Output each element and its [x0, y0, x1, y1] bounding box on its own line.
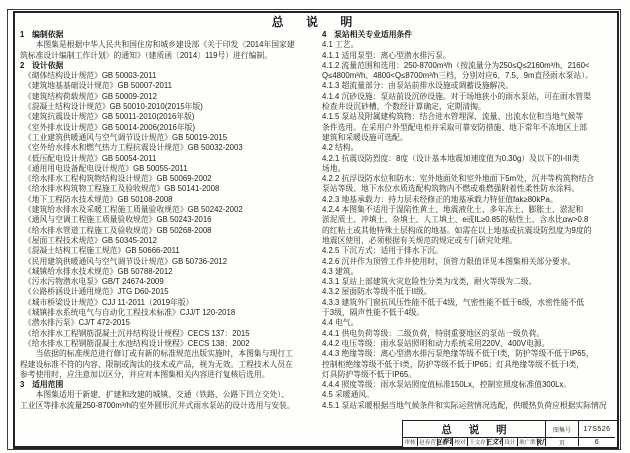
text-line: 《混凝土结构工程施工规范》GB 50666-2011 [20, 246, 312, 256]
signature-name: 耿广胜 [517, 438, 537, 446]
text-line: 《室外排水设计规范》GB 50014-2006(2016年版) [20, 123, 312, 133]
text-line: 《民用建筑供暖通风与空气调节设计规范》GB 50736-2012 [20, 257, 312, 267]
text-line: 《室外给水排水和燃气热力工程抗震设计规范》GB 50032-2003 [20, 143, 312, 153]
text-line: 参考使用时，应注意加以区分，并应对本图集相关内容进行复核后选用。 [20, 370, 312, 380]
text-line: 《屋面工程技术规范》GB 50345-2012 [20, 236, 312, 246]
text-line: 本图集适用于新建、扩建和改建的城镇、交通（铁路、公路下凹立交处）、 [20, 390, 312, 400]
text-line: 4.3.3 建筑外门窗抗风压性能不低于4级，气密性能不低于6级，水密性能不低 [322, 298, 616, 308]
right-column: 4 泵站相关专业适用条件4.1 工艺。4.1.1 适用泵型：离心型潜水排污泵。4… [322, 30, 616, 411]
text-line: 《给水排水构筑物工程施工及验收规范》GB 50141-2008 [20, 184, 312, 194]
text-line: 《污水污物潜水电泵》GB/T 24674-2009 [20, 277, 312, 287]
text-line: 4.1.1 适用泵型：离心型潜水排污泵。 [322, 51, 616, 61]
text-line: 《城镇排水系统电气与自动化工程技术标准》CJJ/T 120-2018 [20, 308, 312, 318]
text-line: 《砌体结构设计规范》GB 50003-2011 [20, 71, 312, 81]
text-line: 《公路桥涵设计通用规范》JTG D60-2015 [20, 287, 312, 297]
left-column: 1 编制依据 本图集是根据中华人民共和国住房和城乡建设部《关于印发〈2014年国… [20, 30, 312, 411]
signature-role-label: 校对 [452, 438, 467, 446]
text-line: 于3级，隔声性能不低于4级。 [322, 308, 616, 318]
signature-handwriting: 耿广胜 [537, 437, 545, 446]
text-line: 泵站等级、地下水位水质选配构筑物内不燃或难燃强附着性柔性防水涂料。 [322, 184, 616, 194]
page-number-label-cell: 页 [545, 437, 578, 446]
signature-row: 审核赵春营赵春营校对王文存王文存设计耿广胜耿广胜 [403, 438, 545, 446]
text-line: 本图集是根据中华人民共和国住房和城乡建设部《关于印发〈2014年国家建 [20, 40, 312, 50]
signature-row-cell: 审核赵春营赵春营校对王文存王文存设计耿广胜耿广胜 [403, 437, 545, 446]
text-line: 工业区等排水流量250-8700m³/h的室外圆形沉井式雨水泵站的设计选用与安装… [20, 401, 312, 411]
title-block: 总 说 明 图集号 17S526 审核赵春营赵春营校对王文存王文存设计耿广胜耿广… [402, 420, 618, 448]
text-line: 《城市桥梁设计规范》CJJ 11-2011（2019年版） [20, 298, 312, 308]
text-line: 淤泥质土、冲填土、杂填土、人工填土、e或IL≥0.85的粘性土、含水比αw>0.… [322, 215, 616, 225]
text-line: 场地。 [322, 164, 616, 174]
text-line: 《建筑结构荷载规范》GB 50009-2012 [20, 92, 312, 102]
text-line: 《潜水排污泵》CJ/T 472-2015 [20, 318, 312, 328]
text-line: 《给水排水工程钢筋混凝土水池结构设计规程》CECS 138：2002 [20, 339, 312, 349]
text-line: 4.1.5 泵站及附属建构筑物：结合进水管埋深、流量、出流水位和当地气候等 [322, 112, 616, 122]
text-line: 《工业建筑供暖通风与空气调节设计规范》GB 50019-2015 [20, 133, 312, 143]
text-line: 4.1.4 沉砂设施：泵站前设沉砂设施。对于场地狭小的雨水泵站，可在雨水管渠 [322, 92, 616, 102]
text-line: 《建筑抗震设计规范》GB 50011-2010(2016年版) [20, 112, 312, 122]
text-line: 《建筑给水排水及采暖工程施工质量验收规范》GB 50242-2002 [20, 205, 312, 215]
text-line: 的红粘土或其他特殊土层构成的地基。如需在以上地基或抗震设防烈度为9度的 [322, 226, 616, 236]
text-line: 4.3.2 屋面防水等级不低于II级。 [322, 287, 616, 297]
signature-handwriting: 赵春营 [437, 437, 453, 446]
text-line: 4.3 建筑。 [322, 267, 616, 277]
atlas-number-label-cell: 图集号 [545, 421, 578, 437]
text-line: 4.5 采暖通风。 [322, 390, 616, 400]
text-line: 4.4 电气。 [322, 318, 616, 328]
text-line: 《给水排水工程构筑物结构设计规范》GB 50069-2002 [20, 174, 312, 184]
text-line: 《给水排水管道工程施工及验收规范》GB 50268-2008 [20, 226, 312, 236]
text-line: 灯具防护等级不低于IP65。 [322, 370, 616, 380]
atlas-page: 总 说 明 1 编制依据 本图集是根据中华人民共和国住房和城乡建设部《关于印发〈… [0, 0, 630, 453]
text-line: 建筑和采暖设施可选配。 [322, 133, 616, 143]
text-line: 《低压配电设计规范》GB 50054-2011 [20, 154, 312, 164]
signature-name: 王文存 [467, 438, 487, 446]
text-line: 4.3.1 泵站上部建筑火灾危险性分类为戊类，耐火等级为二级。 [322, 277, 616, 287]
text-line: 控制柜绝缘等级不低于I类，防护等级不低于IP65；灯具绝缘等级不低于I类， [322, 360, 616, 370]
text-line: 4 泵站相关专业适用条件 [322, 30, 616, 40]
signature-handwriting: 王文存 [487, 437, 503, 446]
text-line: 4.2.6 沉井作为顶管工作井使用时，顶管力限值详见本图集相关部分要求。 [322, 257, 616, 267]
text-line: 4.2.3 地基承载力：持力层未经修正的地基承载力特征值fak≥80kPa。 [322, 195, 616, 205]
page-title: 总 说 明 [0, 13, 630, 30]
atlas-number-label: 图集号 [553, 425, 571, 434]
text-line: 2 设计依据 [20, 61, 312, 71]
atlas-number-cell: 17S526 [578, 421, 615, 437]
text-line: 当依据的标准规范进行修订或有新的标准规范出版实施时，本图集与现行工 [20, 349, 312, 359]
page-number-cell: 6 [578, 437, 615, 446]
atlas-number: 17S526 [583, 426, 610, 433]
text-line: 《建筑地基基础设计规范》GB 50007-2011 [20, 81, 312, 91]
text-line: 《城镇给水排水技术规范》GB 50788-2012 [20, 267, 312, 277]
text-line: 4.2.4 本图集不适用于湿陷性黄土、地震液化土、多年冻土、膨胀土、淤泥和 [322, 205, 616, 215]
page-number: 6 [595, 439, 599, 446]
title-block-title-cell: 总 说 明 [403, 421, 545, 437]
text-line: 程建设标准不符的内容、限制或淘汰的技术或产品，视为无效。工程技术人员在 [20, 360, 312, 370]
text-line: 筑标准设计编制工作计划〉的通知》（建质函〔2014〕119号）进行编制。 [20, 51, 312, 61]
text-line: Q≤4800m³/h、4800<Q≤8700m³/h三档，分别对应6、7.5、9… [322, 71, 616, 81]
title-block-title: 总 说 明 [434, 422, 513, 437]
text-line: 3 适用范围 [20, 380, 312, 390]
text-line: 4.2.2 抗浮设防水位和防水：室外地面处和室外地面下5m处，沉井等构筑物结合 [322, 174, 616, 184]
text-line: 4.1.2 流量范围和选用：250-8700m³/h（按流量分为250≤Q≤21… [322, 61, 616, 71]
text-line: 《通用用电设备配电设计规范》GB 50055-2011 [20, 164, 312, 174]
text-line: 地震区使用，必须根据有关规范的规定或专门研究处理。 [322, 236, 616, 246]
text-line: 1 编制依据 [20, 30, 312, 40]
signature-role-label: 设计 [502, 438, 517, 446]
text-line: 《通风与空调工程施工质量验收规范》GB 50243-2016 [20, 215, 312, 225]
page-number-label: 页 [559, 438, 565, 447]
text-line: 4.1.3 超流量部分：由泵站前排水设施或调蓄设施解决。 [322, 81, 616, 91]
text-line: 条件选用。在采用户外型配电柜并采取可靠安防措施、地下常年不冻地区上部 [322, 123, 616, 133]
text-line: 《混凝土结构设计规范》GB 50010-2010(2015年版) [20, 102, 312, 112]
signature-name: 赵春营 [417, 438, 437, 446]
text-line: 《地下工程防水技术规范》GB 50108-2008 [20, 195, 312, 205]
text-line: 《给水排水工程钢筋混凝土沉井结构设计规程》CECS 137：2015 [20, 329, 312, 339]
text-line: 4.2.5 下沉方式：适用于排水下沉。 [322, 246, 616, 256]
text-line: 4.4.1 供电负荷等级：二级负荷，特别重要地区的泵站一级负荷。 [322, 329, 616, 339]
text-line: 4.2.1 抗震设防烈度：8度（设计基本地震加速度值为0.30g）及以下的I-I… [322, 154, 616, 164]
text-line: 4.4.3 绝缘等级：离心型潜水排污泵绝缘等级不低于I类，防护等级不低于IP65… [322, 349, 616, 359]
text-line: 4.4.2 电压等级：雨水泵站照明和动力系统采用220V、400V电源。 [322, 339, 616, 349]
signature-role-label: 审核 [403, 438, 417, 446]
text-line: 4.4.4 照度等级：雨水泵站照度值标准150Lx，控制室照度标准值300Lx。 [322, 380, 616, 390]
text-line: 4.2 结构。 [322, 143, 616, 153]
text-line: 4.1 工艺。 [322, 40, 616, 50]
text-line: 检查井设沉砂槽，个数经计算确定，定期清掏。 [322, 102, 616, 112]
text-line: 4.5.1 泵站采暖根据当地气候条件和实际运营情况选配，供暖热负荷应根据实际情况 [322, 401, 616, 411]
